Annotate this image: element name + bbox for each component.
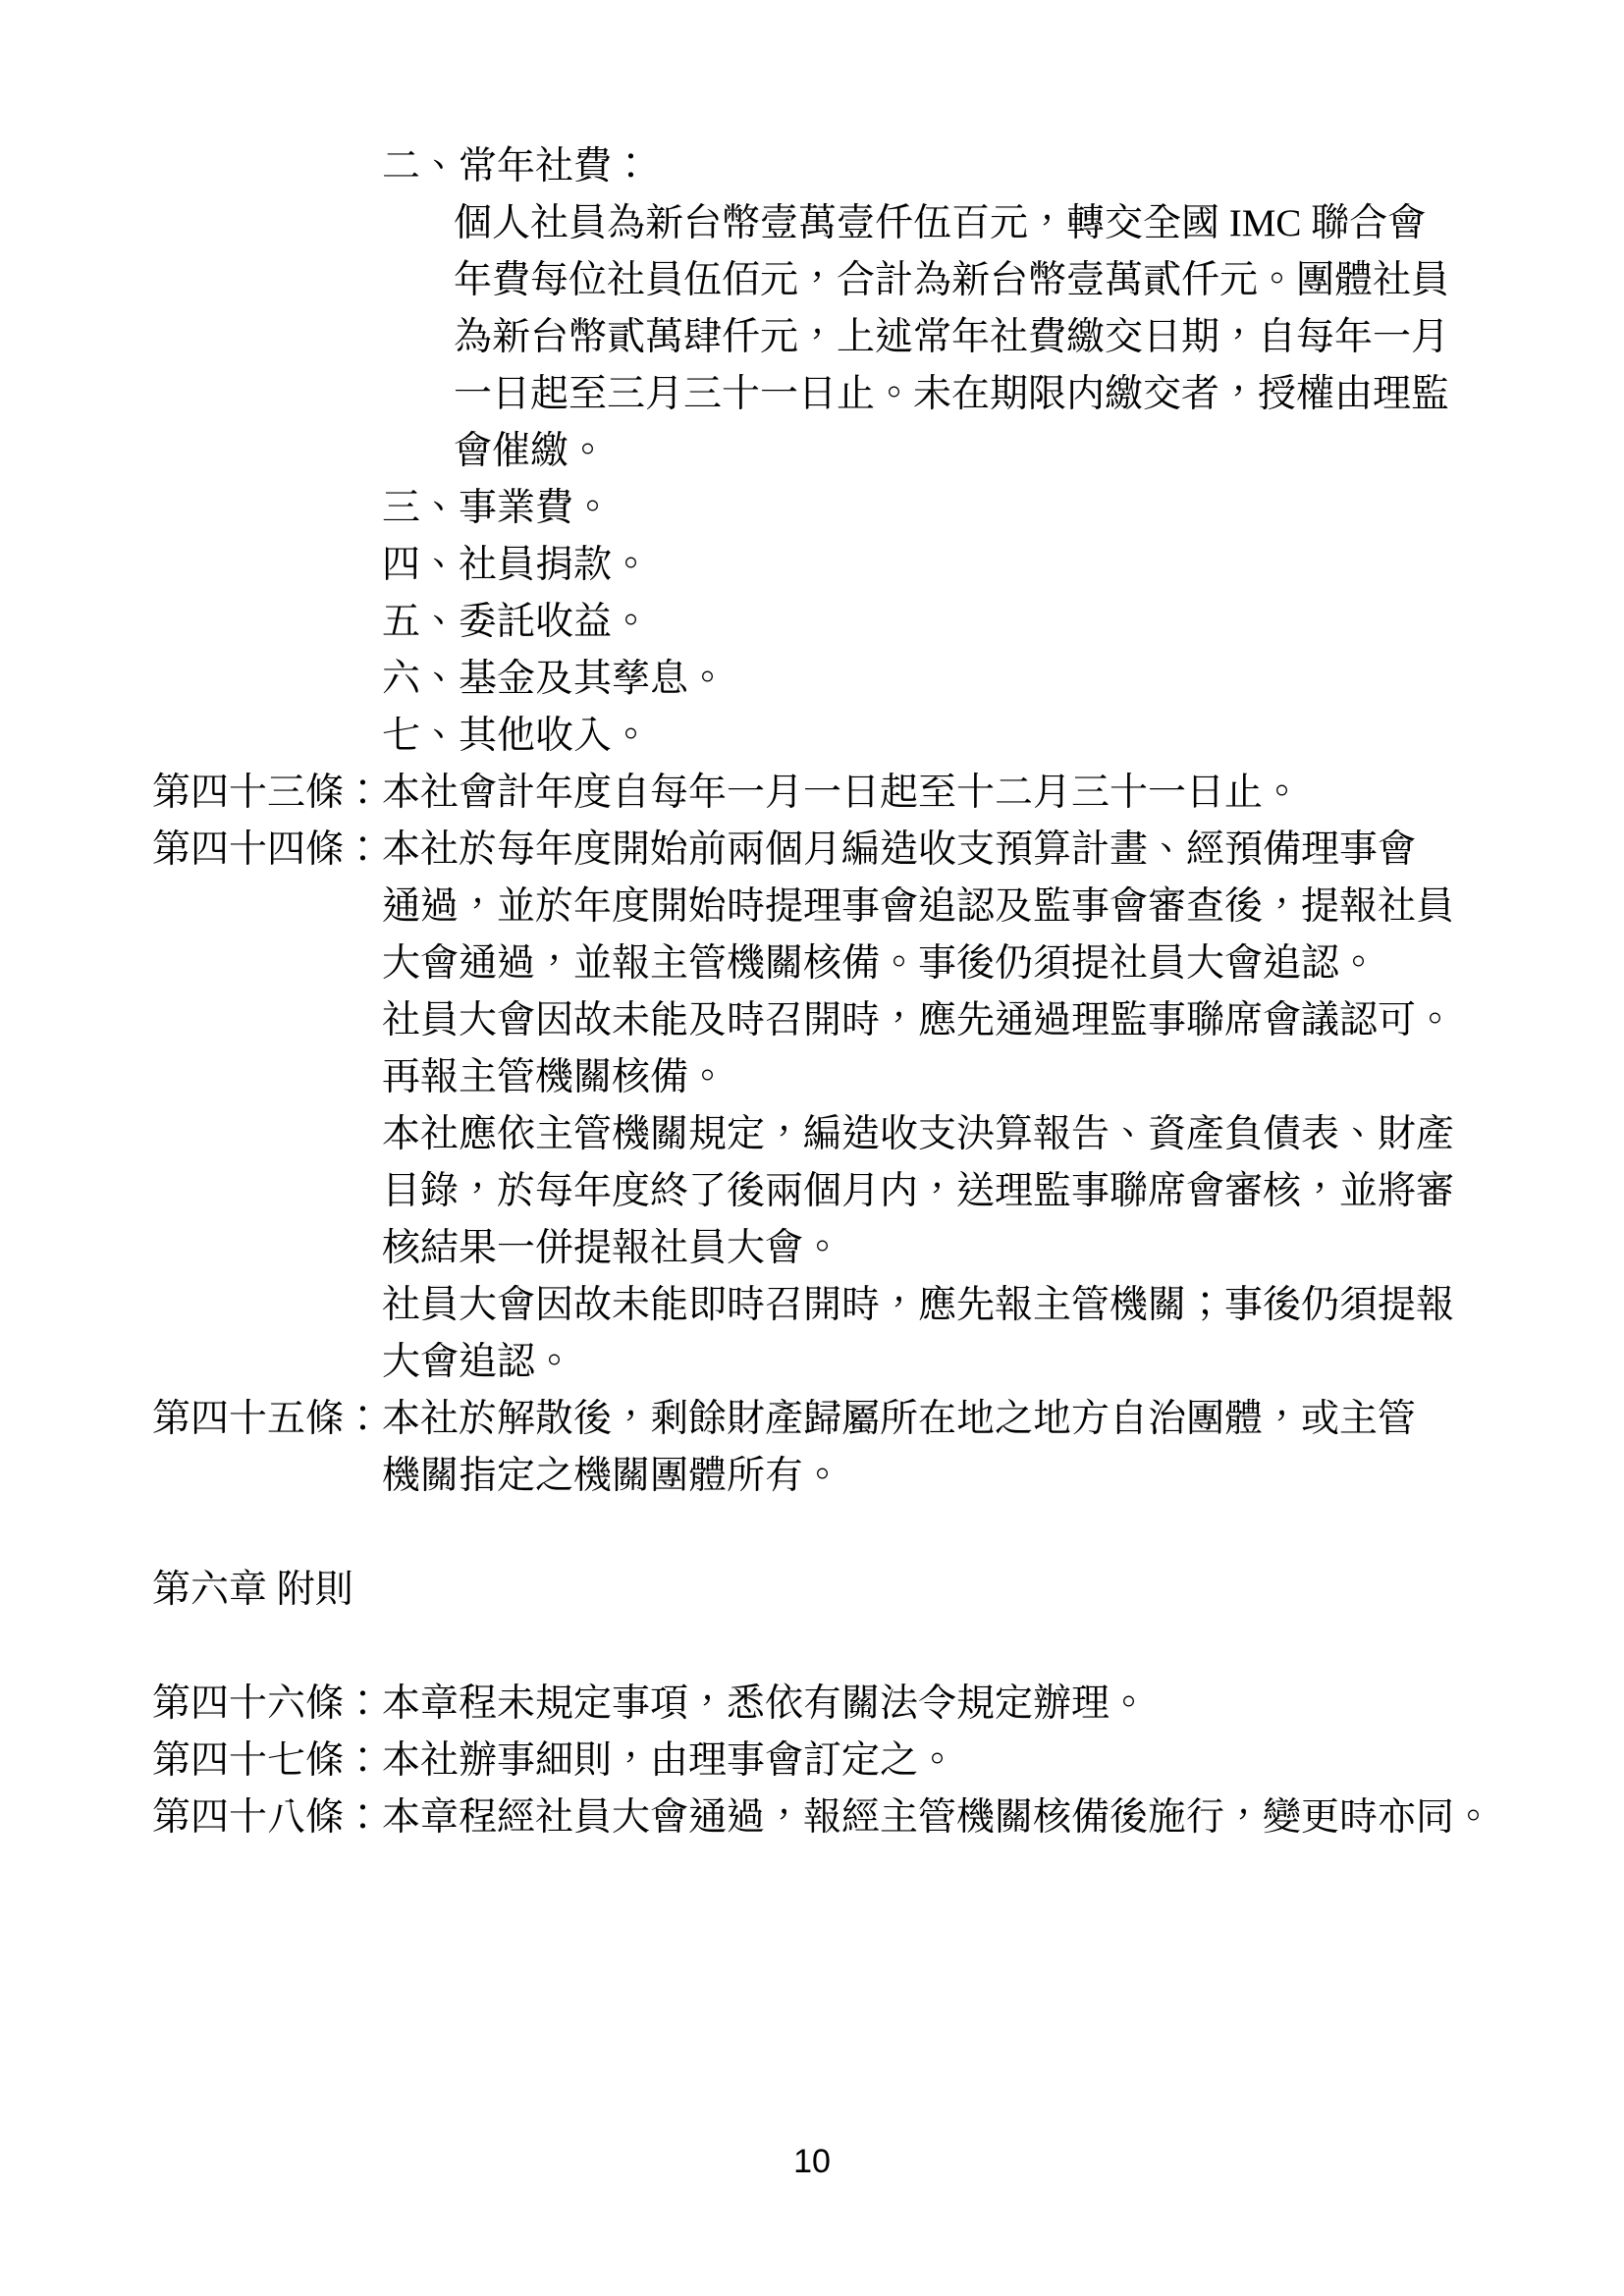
doc-line-article: 第四十三條：本社會計年度自每年一月一日起至十二月三十一日止。 bbox=[152, 765, 1488, 822]
doc-line-text: 本社應依主管機關規定，編造收支決算報告、資產負債表、財產 bbox=[152, 1106, 1488, 1163]
doc-line-item: 六、基金及其孳息。 bbox=[152, 651, 1488, 708]
doc-line-article: 第四十七條：本社辦事細則，由理事會訂定之。 bbox=[152, 1733, 1488, 1789]
doc-line-sub: 會催繳。 bbox=[152, 423, 1488, 480]
doc-line-article: 第四十四條：本社於每年度開始前兩個月編造收支預算計畫、經預備理事會 bbox=[152, 822, 1488, 879]
doc-line-text: 機關指定之機關團體所有。 bbox=[152, 1448, 1488, 1505]
doc-line-text: 核結果一併提報社員大會。 bbox=[152, 1220, 1488, 1277]
doc-line-text: 目錄，於每年度終了後兩個月内，送理監事聯席會審核，並將審 bbox=[152, 1163, 1488, 1220]
doc-line-sub: 年費每位社員伍佰元，合計為新台幣壹萬貳仟元。團體社員 bbox=[152, 252, 1488, 309]
doc-line-text: 社員大會因故未能及時召開時，應先通過理監事聯席會議認可。 bbox=[152, 992, 1488, 1049]
document-body: 二、常年社費：個人社員為新台幣壹萬壹仟伍百元，轉交全國 IMC 聯合會年費每位社… bbox=[152, 138, 1488, 1846]
doc-line-item: 二、常年社費： bbox=[152, 138, 1488, 195]
doc-line-text: 大會通過，並報主管機關核備。事後仍須提社員大會追認。 bbox=[152, 935, 1488, 992]
doc-line-article: 第四十六條：本章程未規定事項，悉依有關法令規定辦理。 bbox=[152, 1676, 1488, 1733]
doc-line-chapter: 第六章 附則 bbox=[152, 1562, 1488, 1619]
doc-line-text: 大會追認。 bbox=[152, 1334, 1488, 1391]
blank-line bbox=[152, 1505, 1488, 1562]
doc-line-item: 五、委託收益。 bbox=[152, 594, 1488, 651]
doc-line-text: 通過，並於年度開始時提理事會追認及監事會審查後，提報社員 bbox=[152, 879, 1488, 935]
doc-line-item: 四、社員捐款。 bbox=[152, 537, 1488, 594]
doc-line-article: 第四十八條：本章程經社員大會通過，報經主管機關核備後施行，變更時亦同。 bbox=[152, 1789, 1488, 1846]
doc-line-sub: 一日起至三月三十一日止。未在期限内繳交者，授權由理監 bbox=[152, 366, 1488, 423]
doc-line-sub: 個人社員為新台幣壹萬壹仟伍百元，轉交全國 IMC 聯合會 bbox=[152, 195, 1488, 252]
doc-line-sub: 為新台幣貳萬肆仟元，上述常年社費繳交日期，自每年一月 bbox=[152, 309, 1488, 366]
page-number: 10 bbox=[0, 2142, 1624, 2181]
doc-line-article: 第四十五條：本社於解散後，剩餘財產歸屬所在地之地方自治團體，或主管 bbox=[152, 1391, 1488, 1448]
document-page: 二、常年社費：個人社員為新台幣壹萬壹仟伍百元，轉交全國 IMC 聯合會年費每位社… bbox=[0, 0, 1624, 2296]
blank-line bbox=[152, 1619, 1488, 1676]
doc-line-item: 七、其他收入。 bbox=[152, 708, 1488, 765]
doc-line-text: 社員大會因故未能即時召開時，應先報主管機關；事後仍須提報 bbox=[152, 1277, 1488, 1334]
doc-line-item: 三、事業費。 bbox=[152, 480, 1488, 537]
doc-line-text: 再報主管機關核備。 bbox=[152, 1049, 1488, 1106]
